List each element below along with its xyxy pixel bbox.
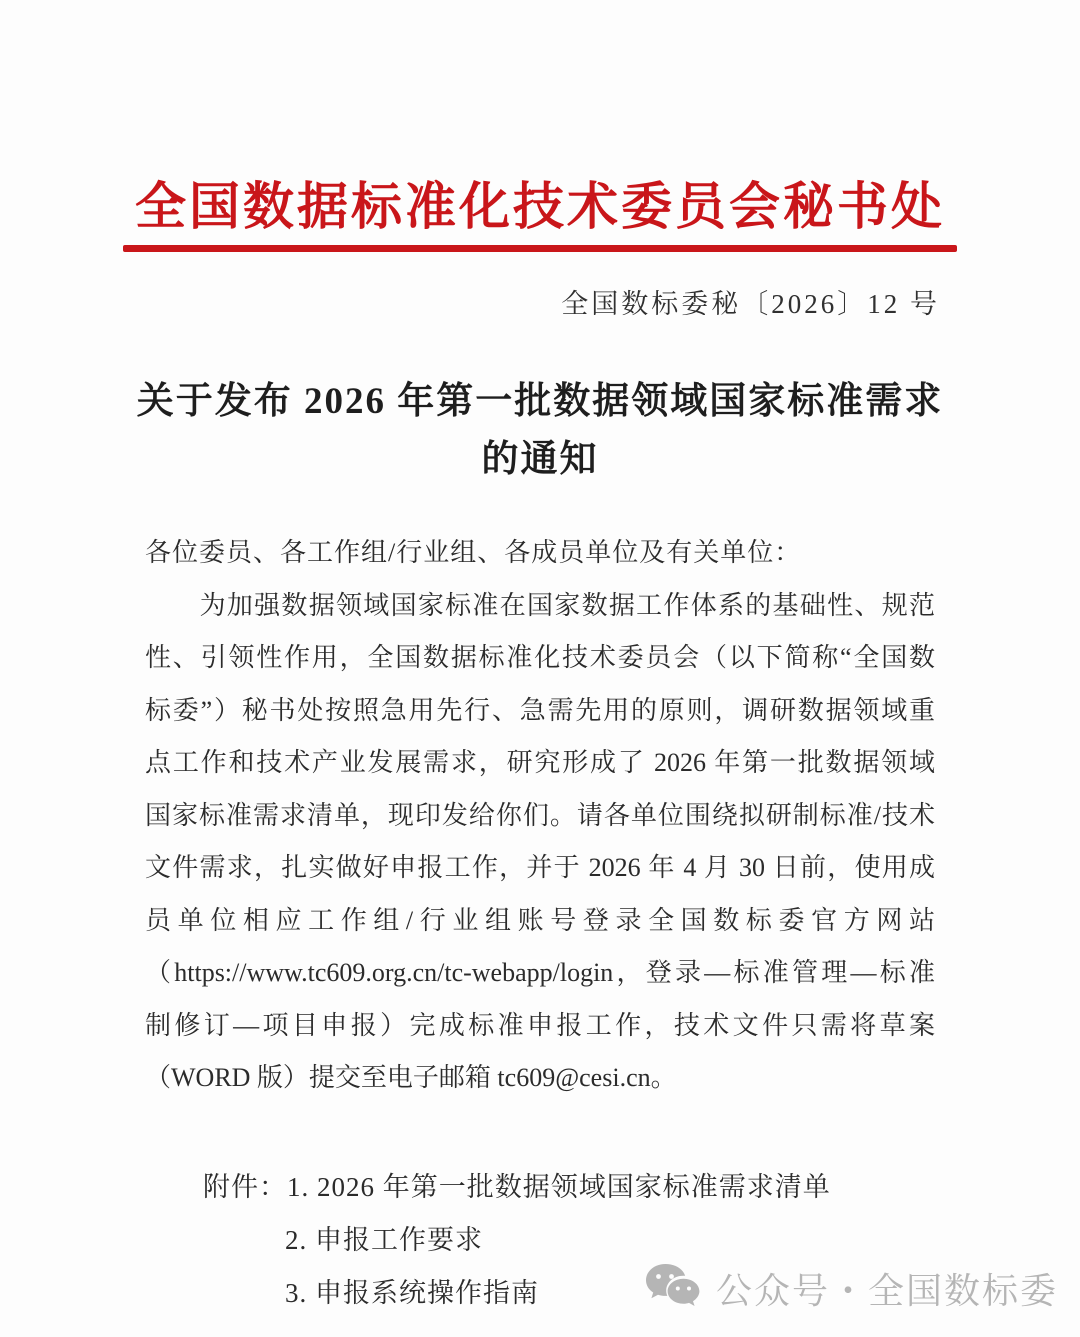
attachment-item-1: 1. 2026 年第一批数据领域国家标准需求清单 xyxy=(287,1161,831,1214)
wechat-icon xyxy=(644,1262,702,1314)
body-line: 制修订—项目申报）完成标准申报工作，技术文件只需将草案 xyxy=(145,1000,935,1053)
body-line-last: （WORD 版）提交至电子邮箱 tc609@cesi.cn。 xyxy=(145,1052,935,1105)
wechat-watermark: 公众号・全国数标委 xyxy=(644,1262,1058,1314)
document-number: 全国数标委秘〔2026〕12 号 xyxy=(0,282,940,321)
body-line: 性、引领性作用，全国数据标准化技术委员会（以下简称“全国数 xyxy=(145,632,935,685)
watermark-text: 公众号・全国数标委 xyxy=(716,1263,1058,1314)
body-line-url: （https://www.tc609.org.cn/tc-webapp/logi… xyxy=(145,947,935,1000)
notice-title-line2: 的通知 xyxy=(0,431,1080,489)
body-line: 文件需求，扎实做好申报工作，并于 2026 年 4 月 30 日前，使用成 xyxy=(145,842,935,895)
document-page: 全国数据标准化技术委员会秘书处 全国数标委秘〔2026〕12 号 关于发布 20… xyxy=(0,0,1080,1337)
body-line: 为加强数据领域国家标准在国家数据工作体系的基础性、规范 xyxy=(145,580,935,633)
body-line: 点工作和技术产业发展需求，研究形成了 2026 年第一批数据领域 xyxy=(145,737,935,790)
body-line: 标委”）秘书处按照急用先行、急需先用的原则，调研数据领域重 xyxy=(145,685,935,738)
letterhead-rule xyxy=(123,245,957,252)
salutation: 各位委员、各工作组/行业组、各成员单位及有关单位： xyxy=(145,527,935,580)
attachments-label: 附件： xyxy=(203,1161,287,1214)
letterhead-org-name: 全国数据标准化技术委员会秘书处 xyxy=(0,176,1080,238)
attachment-item-2: 2. 申报工作要求 xyxy=(285,1214,935,1267)
body-line: 国家标准需求清单，现印发给你们。请各单位围绕拟研制标准/技术 xyxy=(145,790,935,843)
notice-title: 关于发布 2026 年第一批数据领域国家标准需求 的通知 xyxy=(0,373,1080,489)
notice-body: 各位委员、各工作组/行业组、各成员单位及有关单位： 为加强数据领域国家标准在国家… xyxy=(145,527,935,1105)
body-line: 员单位相应工作组/行业组账号登录全国数标委官方网站 xyxy=(145,895,935,948)
attachment-row: 附件： 1. 2026 年第一批数据领域国家标准需求清单 xyxy=(145,1161,935,1214)
notice-title-line1: 关于发布 2026 年第一批数据领域国家标准需求 xyxy=(0,373,1080,431)
